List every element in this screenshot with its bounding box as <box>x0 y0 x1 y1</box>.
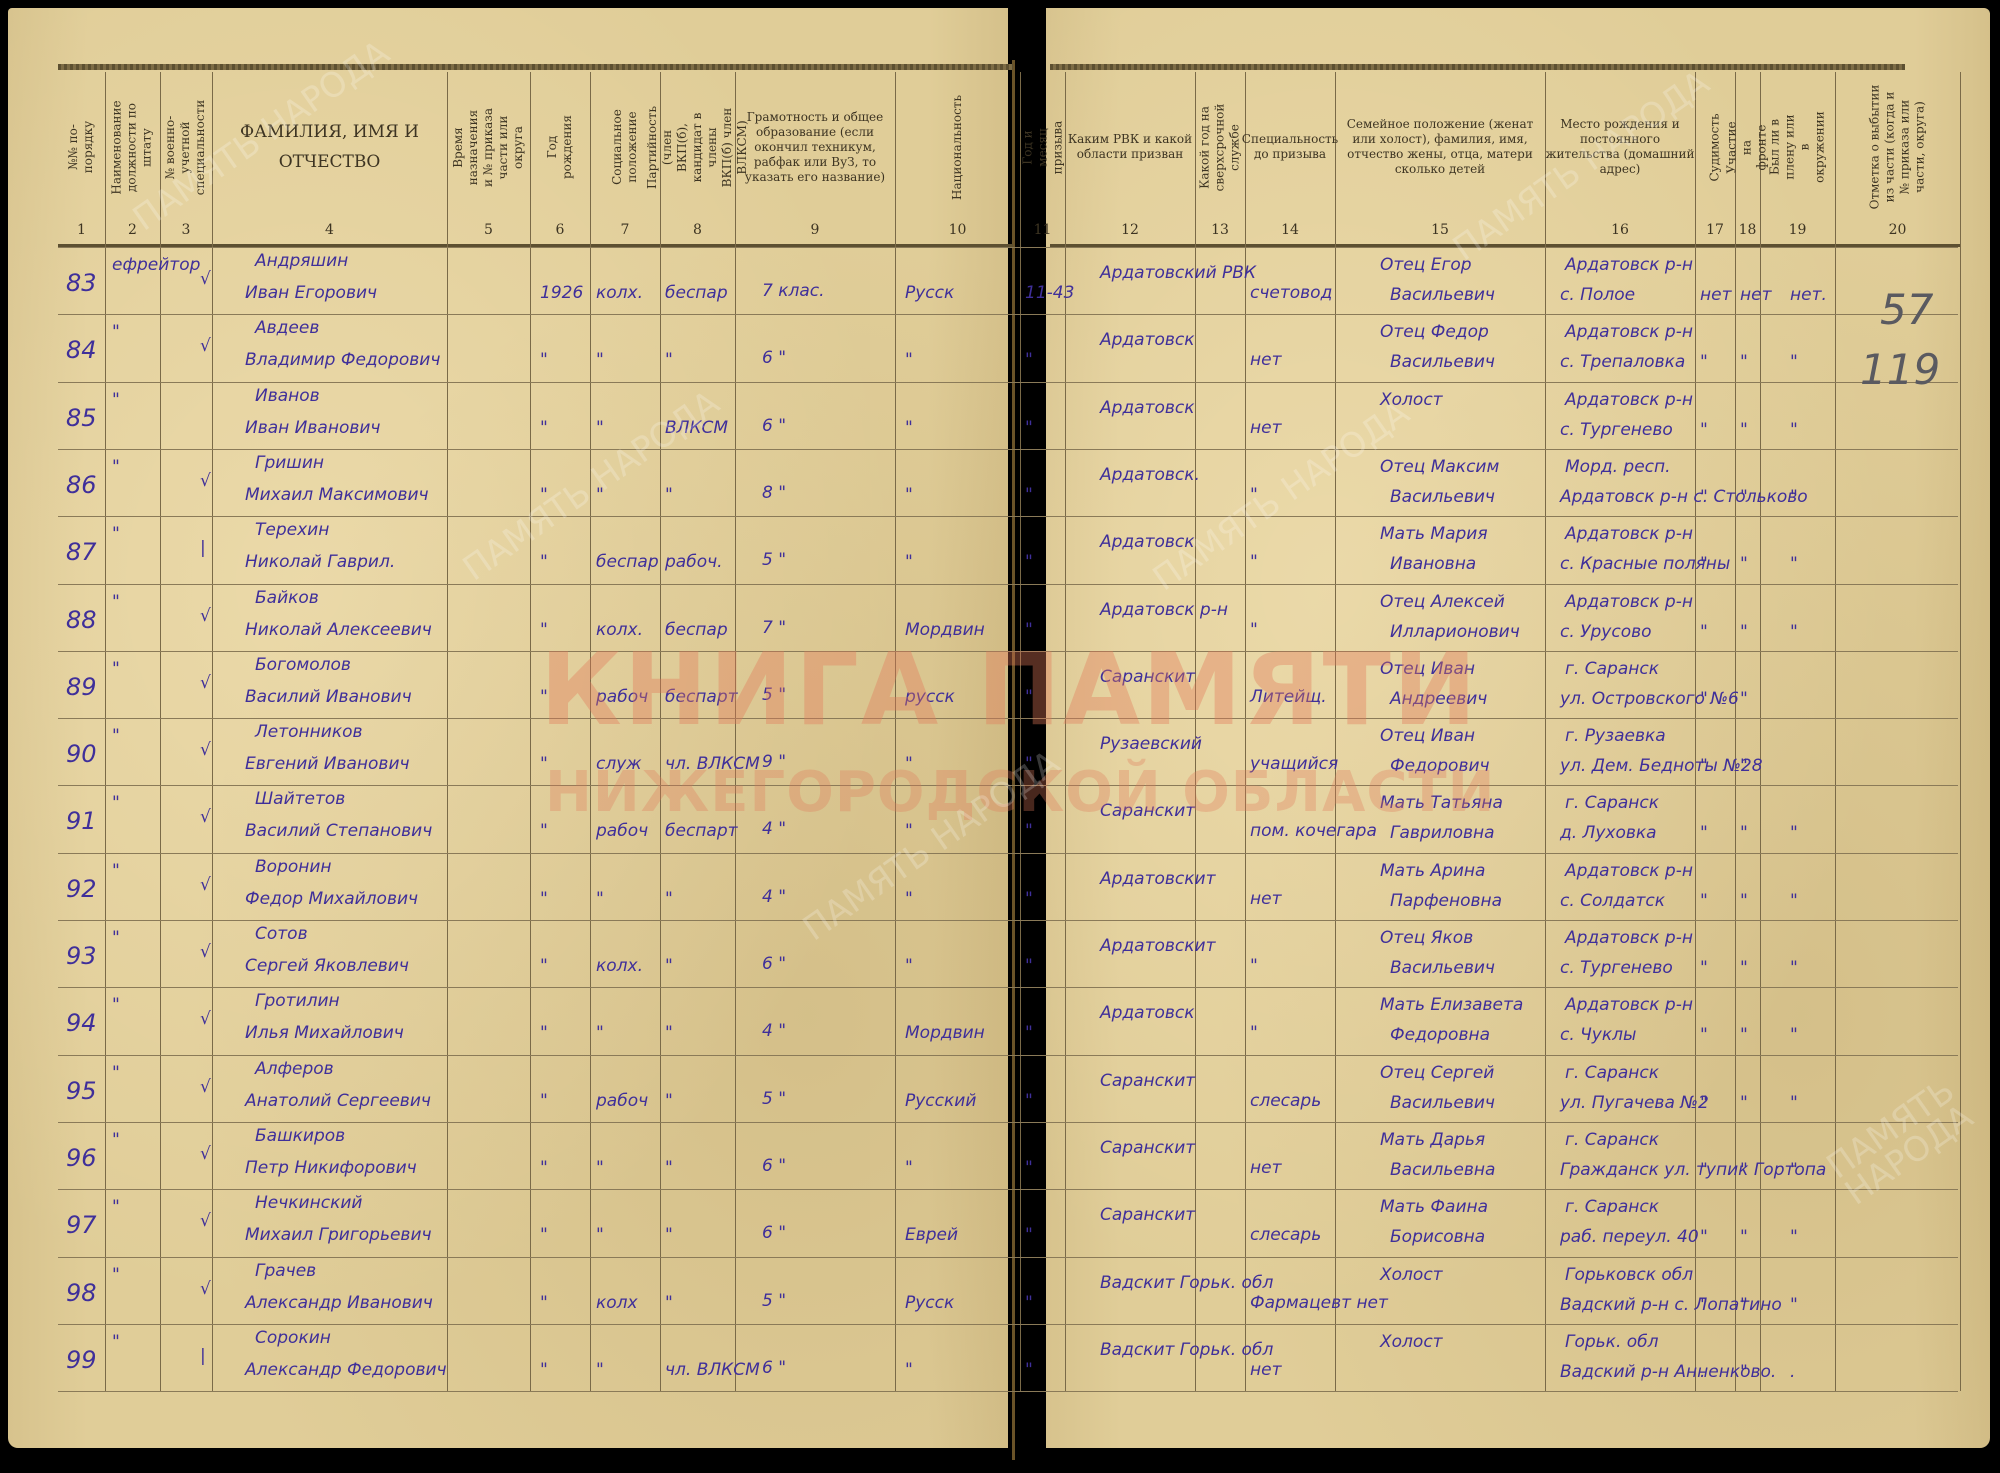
pre-war-specialty: " <box>1250 956 1258 976</box>
nationality: " <box>905 350 913 370</box>
vus-check: | <box>200 1346 206 1366</box>
column-header-12: Каким РВК и какой области призван <box>1065 72 1195 222</box>
family-line-2: Ивановна <box>1390 554 1476 574</box>
party-membership: беспар <box>665 283 728 303</box>
column-divider <box>105 72 106 1391</box>
draft-office: Ардатовск. <box>1100 465 1200 485</box>
front-participation: нет <box>1740 285 1771 305</box>
column-header-14: Специальность до призыва <box>1245 72 1335 222</box>
birth-year: " <box>540 350 548 370</box>
family-line-1: Мать Дарья <box>1380 1130 1485 1150</box>
conviction: " <box>1700 1295 1708 1315</box>
vus-check: √ <box>200 1144 211 1164</box>
conviction: нет <box>1700 285 1731 305</box>
birth-year: " <box>540 956 548 976</box>
vus-check: √ <box>200 606 211 626</box>
party-membership: " <box>665 1158 673 1178</box>
education: 4 " <box>762 887 786 907</box>
column-header-11: Год и месяц призыва <box>1020 72 1065 222</box>
call-up-date: " <box>1025 889 1033 909</box>
conviction: " <box>1700 756 1708 776</box>
front-participation: " <box>1740 352 1748 372</box>
column-header-1: №№ по-порядку <box>58 72 105 222</box>
captivity: " <box>1790 1295 1798 1315</box>
given-name-patronymic: Иван Иванович <box>245 418 380 438</box>
captivity: " <box>1790 1025 1798 1045</box>
column-header-8: Партийность (член ВКП(б), кандидат в чле… <box>660 72 735 222</box>
family-line-1: Холост <box>1380 1265 1443 1285</box>
front-participation: " <box>1740 756 1748 776</box>
column-number: 8 <box>660 222 735 244</box>
call-up-date: " <box>1025 552 1033 572</box>
call-up-date: " <box>1025 956 1033 976</box>
education: 6 " <box>762 416 786 436</box>
column-number: 9 <box>735 222 895 244</box>
front-participation: " <box>1740 958 1748 978</box>
social-status: " <box>596 1360 604 1380</box>
column-header-label: Наименование должности по штату <box>110 100 155 194</box>
social-status: " <box>596 1023 604 1043</box>
address-line-1: Морд. респ. <box>1565 457 1671 477</box>
birth-year: " <box>540 1158 548 1178</box>
given-name-patronymic: Василий Иванович <box>245 687 412 707</box>
surname: Алферов <box>255 1059 334 1079</box>
position-cell: " <box>112 1130 120 1150</box>
column-number: 5 <box>447 222 530 244</box>
party-membership: " <box>665 1225 673 1245</box>
pre-war-specialty: " <box>1250 552 1258 572</box>
call-up-date: " <box>1025 1158 1033 1178</box>
address-line-1: Горьк. обл <box>1565 1332 1659 1352</box>
surname: Сорокин <box>255 1328 331 1348</box>
address-line-2: Вадский р-н с. Лопатино <box>1560 1295 1782 1315</box>
position-cell: " <box>112 861 120 881</box>
surname: Грачев <box>255 1261 316 1281</box>
address-line-1: г. Саранск <box>1565 1197 1659 1217</box>
address-line-2: Гражданск ул. тупик Гортопа <box>1560 1160 1826 1180</box>
column-header-19: Был ли в плену или в окружении <box>1760 72 1835 222</box>
draft-office: Ардатовск <box>1100 1003 1195 1023</box>
position-cell: " <box>112 457 120 477</box>
column-header-label: Был ли в плену или в окружении <box>1768 110 1828 185</box>
education: 6 " <box>762 1358 786 1378</box>
row-divider <box>58 247 1958 248</box>
row-number: 96 <box>66 1144 97 1172</box>
call-up-date: " <box>1025 1091 1033 1111</box>
education: 5 " <box>762 1291 786 1311</box>
social-status: " <box>596 1225 604 1245</box>
position-cell: " <box>112 928 120 948</box>
family-line-2: Борисовна <box>1390 1227 1485 1247</box>
birth-year: " <box>540 1023 548 1043</box>
row-divider <box>58 516 1958 517</box>
nationality: Еврей <box>905 1225 958 1245</box>
position-cell: " <box>112 322 120 342</box>
margin-note: 57 <box>1880 285 1933 334</box>
row-number: 84 <box>66 336 97 364</box>
row-divider <box>58 382 1958 383</box>
address-line-1: г. Саранск <box>1565 1063 1659 1083</box>
row-divider <box>58 449 1958 450</box>
column-number: 1 <box>58 222 105 244</box>
social-status: рабоч <box>596 1091 648 1111</box>
surname: Гришин <box>255 453 324 473</box>
column-header-20: Отметка о выбытии из части (когда и № пр… <box>1835 72 1960 222</box>
draft-office: Ардатовск р-н <box>1100 600 1228 620</box>
vus-check: √ <box>200 269 211 289</box>
position-cell: " <box>112 659 120 679</box>
given-name-patronymic: Василий Степанович <box>245 821 432 841</box>
column-divider <box>1695 72 1696 1391</box>
family-line-2: Васильевич <box>1390 352 1495 372</box>
column-header-6: Год рождения <box>530 72 590 222</box>
column-header-label: Год рождения <box>545 115 575 179</box>
call-up-date: " <box>1025 1225 1033 1245</box>
given-name-patronymic: Иван Егорович <box>245 283 377 303</box>
row-divider <box>58 853 1958 854</box>
birth-year: " <box>540 1293 548 1313</box>
address-line-1: г. Саранск <box>1565 1130 1659 1150</box>
birth-year: " <box>540 1091 548 1111</box>
pre-war-specialty: нет <box>1250 1158 1281 1178</box>
row-divider <box>58 1391 1958 1392</box>
party-membership: " <box>665 1023 673 1043</box>
party-membership: чл. ВЛКСМ <box>665 1360 760 1380</box>
row-divider <box>58 1122 1958 1123</box>
column-number: 16 <box>1545 222 1695 244</box>
row-number: 95 <box>66 1077 97 1105</box>
draft-office: Ардатовскит <box>1100 869 1215 889</box>
address-line-2: ул. Островского №6 <box>1560 689 1739 709</box>
column-number: 7 <box>590 222 660 244</box>
address-line-1: г. Саранск <box>1565 793 1659 813</box>
family-line-2: Васильевич <box>1390 285 1495 305</box>
position-cell: ефрейтор <box>112 255 200 275</box>
address-line-2: ул. Дем. Бедноты №28 <box>1560 756 1763 776</box>
vus-check: √ <box>200 942 211 962</box>
birth-year: " <box>540 418 548 438</box>
nationality: " <box>905 1360 913 1380</box>
surname: Башкиров <box>255 1126 345 1146</box>
family-line-2: Васильевич <box>1390 1093 1495 1113</box>
given-name-patronymic: Михаил Григорьевич <box>245 1225 432 1245</box>
social-status: колх. <box>596 283 643 303</box>
address-line-2: с. Чуклы <box>1560 1025 1636 1045</box>
surname: Байков <box>255 588 319 608</box>
captivity: " <box>1790 823 1798 843</box>
education: 4 " <box>762 1021 786 1041</box>
address-line-1: Ардатовск р-н <box>1565 524 1693 544</box>
row-number: 94 <box>66 1009 97 1037</box>
column-number: 6 <box>530 222 590 244</box>
row-divider <box>58 1257 1958 1258</box>
front-participation: " <box>1740 1093 1748 1113</box>
address-line-1: Ардатовск р-н <box>1565 255 1693 275</box>
given-name-patronymic: Александр Федорович <box>245 1360 447 1380</box>
social-status: колх <box>596 1293 638 1313</box>
education: 6 " <box>762 1156 786 1176</box>
social-status: " <box>596 1158 604 1178</box>
captivity: " <box>1790 891 1798 911</box>
surname: Гротилин <box>255 991 340 1011</box>
column-header-label: Отметка о выбытии из части (когда и № пр… <box>1868 85 1928 210</box>
conviction: . <box>1700 1362 1705 1382</box>
family-line-1: Мать Мария <box>1380 524 1488 544</box>
row-divider <box>58 1189 1958 1190</box>
column-header-10: Национальность <box>895 72 1020 222</box>
surname: Андряшин <box>255 251 348 271</box>
given-name-patronymic: Евгений Иванович <box>245 754 410 774</box>
row-number: 85 <box>66 404 97 432</box>
draft-office: Саранскит <box>1100 1138 1195 1158</box>
row-number: 90 <box>66 740 97 768</box>
column-header-label: Специальность до призыва <box>1242 132 1338 162</box>
surname: Воронин <box>255 857 332 877</box>
nationality: Русский <box>905 1091 976 1111</box>
address-line-2: с. Тургенево <box>1560 420 1673 440</box>
given-name-patronymic: Федор Михайлович <box>245 889 418 909</box>
vus-check: √ <box>200 336 211 356</box>
column-number: 4 <box>212 222 447 244</box>
captivity: " <box>1790 1227 1798 1247</box>
draft-office: Саранскит <box>1100 1071 1195 1091</box>
position-cell: " <box>112 592 120 612</box>
birth-year: " <box>540 552 548 572</box>
column-header-5: Время назначения и № приказа части или о… <box>447 72 530 222</box>
front-participation: " <box>1740 487 1748 507</box>
column-header-label: Какой год на сверхсрочной службе <box>1198 103 1243 191</box>
call-up-date: " <box>1025 418 1033 438</box>
captivity: . <box>1790 1362 1795 1382</box>
row-number: 83 <box>66 269 97 297</box>
captivity: " <box>1790 352 1798 372</box>
surname: Шайтетов <box>255 789 345 809</box>
given-name-patronymic: Владимир Федорович <box>245 350 440 370</box>
party-membership: рабоч. <box>665 552 723 572</box>
column-header-label: Год и месяц призыва <box>1020 120 1065 174</box>
given-name-patronymic: Сергей Яковлевич <box>245 956 409 976</box>
nationality: " <box>905 889 913 909</box>
family-line-1: Отец Егор <box>1380 255 1472 275</box>
row-number: 89 <box>66 673 97 701</box>
address-line-2: с. Урусово <box>1560 622 1652 642</box>
column-divider <box>1760 72 1761 1391</box>
front-participation: " <box>1740 554 1748 574</box>
party-membership: " <box>665 485 673 505</box>
column-header-label: Семейное положение (женат или холост), ф… <box>1335 117 1545 177</box>
surname: Богомолов <box>255 655 351 675</box>
family-line-1: Мать Елизавета <box>1380 995 1523 1015</box>
conviction: " <box>1700 420 1708 440</box>
surname: Нечкинский <box>255 1193 362 1213</box>
given-name-patronymic: Петр Никифорович <box>245 1158 417 1178</box>
birth-year: " <box>540 889 548 909</box>
row-divider <box>58 1055 1958 1056</box>
pre-war-specialty: нет <box>1250 889 1281 909</box>
row-number: 92 <box>66 875 97 903</box>
vus-check: √ <box>200 740 211 760</box>
education: 7 клас. <box>762 281 825 301</box>
family-line-1: Отец Федор <box>1380 322 1489 342</box>
family-line-2: Гавриловна <box>1390 823 1495 843</box>
address-line-1: Ардатовск р-н <box>1565 861 1693 881</box>
captivity: " <box>1790 1093 1798 1113</box>
row-divider <box>58 920 1958 921</box>
address-line-2: ул. Пугачева №2 <box>1560 1093 1709 1113</box>
draft-office: Вадскит Горьк. обл <box>1100 1273 1273 1293</box>
address-line-1: Ардатовск р-н <box>1565 995 1693 1015</box>
captivity: " <box>1790 420 1798 440</box>
address-line-1: г. Саранск <box>1565 659 1659 679</box>
family-line-1: Мать Фаина <box>1380 1197 1488 1217</box>
position-cell: " <box>112 726 120 746</box>
address-line-1: г. Рузаевка <box>1565 726 1666 746</box>
position-cell: " <box>112 1063 120 1083</box>
row-number: 97 <box>66 1211 97 1239</box>
front-participation: " <box>1740 622 1748 642</box>
row-divider <box>58 314 1958 315</box>
address-line-1: Ардатовск р-н <box>1565 322 1693 342</box>
vus-check: | <box>200 538 206 558</box>
captivity: " <box>1790 1160 1798 1180</box>
given-name-patronymic: Михаил Максимович <box>245 485 429 505</box>
vus-check: √ <box>200 1211 211 1231</box>
front-participation: " <box>1740 1362 1748 1382</box>
position-cell: " <box>112 793 120 813</box>
call-up-date: " <box>1025 1293 1033 1313</box>
column-header-label: Каким РВК и какой области призван <box>1065 132 1195 162</box>
vus-check: √ <box>200 1279 211 1299</box>
social-status: " <box>596 418 604 438</box>
column-divider <box>1735 72 1736 1391</box>
party-membership: " <box>665 1091 673 1111</box>
call-up-date: " <box>1025 485 1033 505</box>
family-line-1: Отец Яков <box>1380 928 1473 948</box>
given-name-patronymic: Николай Алексеевич <box>245 620 432 640</box>
row-divider <box>58 584 1958 585</box>
social-status: беспар <box>596 552 659 572</box>
column-header-label: Социальное положение <box>610 109 640 185</box>
address-line-1: Ардатовск р-н <box>1565 592 1693 612</box>
family-line-1: Отец Максим <box>1380 457 1499 477</box>
vus-check: √ <box>200 471 211 491</box>
front-participation: " <box>1740 1227 1748 1247</box>
draft-office: Ардатовск <box>1100 330 1195 350</box>
captivity: " <box>1790 958 1798 978</box>
nationality: Мордвин <box>905 1023 985 1043</box>
address-line-2: д. Луховка <box>1560 823 1657 843</box>
surname: Летонников <box>255 722 363 742</box>
conviction: " <box>1700 487 1708 507</box>
conviction: " <box>1700 1093 1708 1113</box>
education: 6 " <box>762 1223 786 1243</box>
surname: Сотов <box>255 924 308 944</box>
call-up-date: 11-43 <box>1025 283 1074 303</box>
family-line-2: Федоровна <box>1390 1025 1490 1045</box>
vus-check: √ <box>200 807 211 827</box>
nationality: " <box>905 485 913 505</box>
address-line-1: Ардатовск р-н <box>1565 928 1693 948</box>
nationality: " <box>905 418 913 438</box>
row-number: 91 <box>66 807 97 835</box>
address-line-2: раб. переул. 40 <box>1560 1227 1699 1247</box>
row-number: 87 <box>66 538 97 566</box>
education: 8 " <box>762 483 786 503</box>
nationality: " <box>905 552 913 572</box>
pre-war-specialty: слесарь <box>1250 1091 1321 1111</box>
vus-check: √ <box>200 1077 211 1097</box>
given-name-patronymic: Александр Иванович <box>245 1293 433 1313</box>
position-cell: " <box>112 1197 120 1217</box>
given-name-patronymic: Николай Гаврил. <box>245 552 395 572</box>
pre-war-specialty: нет <box>1250 350 1281 370</box>
conviction: " <box>1700 823 1708 843</box>
surname: Иванов <box>255 386 320 406</box>
surname: Авдеев <box>255 318 319 338</box>
address-line-2: Ардатовск р-н с. Стольково <box>1560 487 1808 507</box>
column-number: 13 <box>1195 222 1245 244</box>
pre-war-specialty: слесарь <box>1250 1225 1321 1245</box>
nationality: Русск <box>905 283 954 303</box>
family-line-2: Васильевич <box>1390 958 1495 978</box>
family-line-2: Васильевич <box>1390 487 1495 507</box>
education: 6 " <box>762 954 786 974</box>
column-header-label: Время назначения и № приказа части или о… <box>451 106 526 189</box>
conviction: " <box>1700 689 1708 709</box>
nationality: Русск <box>905 1293 954 1313</box>
row-divider <box>58 1324 1958 1325</box>
call-up-date: " <box>1025 1360 1033 1380</box>
nationality: " <box>905 1158 913 1178</box>
education: 6 " <box>762 348 786 368</box>
party-membership: " <box>665 956 673 976</box>
column-number: 11 <box>1020 222 1065 244</box>
call-up-date: " <box>1025 350 1033 370</box>
draft-office: Ардатовский РВК <box>1100 263 1256 283</box>
header-rule-left <box>58 64 1013 70</box>
margin-note: 119 <box>1860 345 1940 394</box>
pre-war-specialty: Фармацевт нет <box>1250 1293 1388 1313</box>
position-cell: " <box>112 1265 120 1285</box>
vus-check: √ <box>200 875 211 895</box>
column-divider <box>1960 72 1961 1391</box>
captivity: нет. <box>1790 285 1827 305</box>
draft-office: Ардатовскит <box>1100 936 1215 956</box>
call-up-date: " <box>1025 1023 1033 1043</box>
column-divider <box>1545 72 1546 1391</box>
column-header-label: Национальность <box>950 85 965 210</box>
column-number: 19 <box>1760 222 1835 244</box>
education: 5 " <box>762 550 786 570</box>
column-number: 18 <box>1735 222 1760 244</box>
address-line-2: с. Трепаловка <box>1560 352 1685 372</box>
front-participation: " <box>1740 1160 1748 1180</box>
social-status: " <box>596 350 604 370</box>
conviction: " <box>1700 1160 1708 1180</box>
row-number: 86 <box>66 471 97 499</box>
captivity: " <box>1790 622 1798 642</box>
column-number: 12 <box>1065 222 1195 244</box>
front-participation: " <box>1740 1295 1748 1315</box>
column-divider <box>212 72 213 1391</box>
position-cell: " <box>112 524 120 544</box>
row-number: 98 <box>66 1279 97 1307</box>
pre-war-specialty: счетовод <box>1250 283 1332 303</box>
conviction: " <box>1700 958 1708 978</box>
nationality: " <box>905 956 913 976</box>
front-participation: " <box>1740 891 1748 911</box>
pre-war-specialty: нет <box>1250 1360 1281 1380</box>
